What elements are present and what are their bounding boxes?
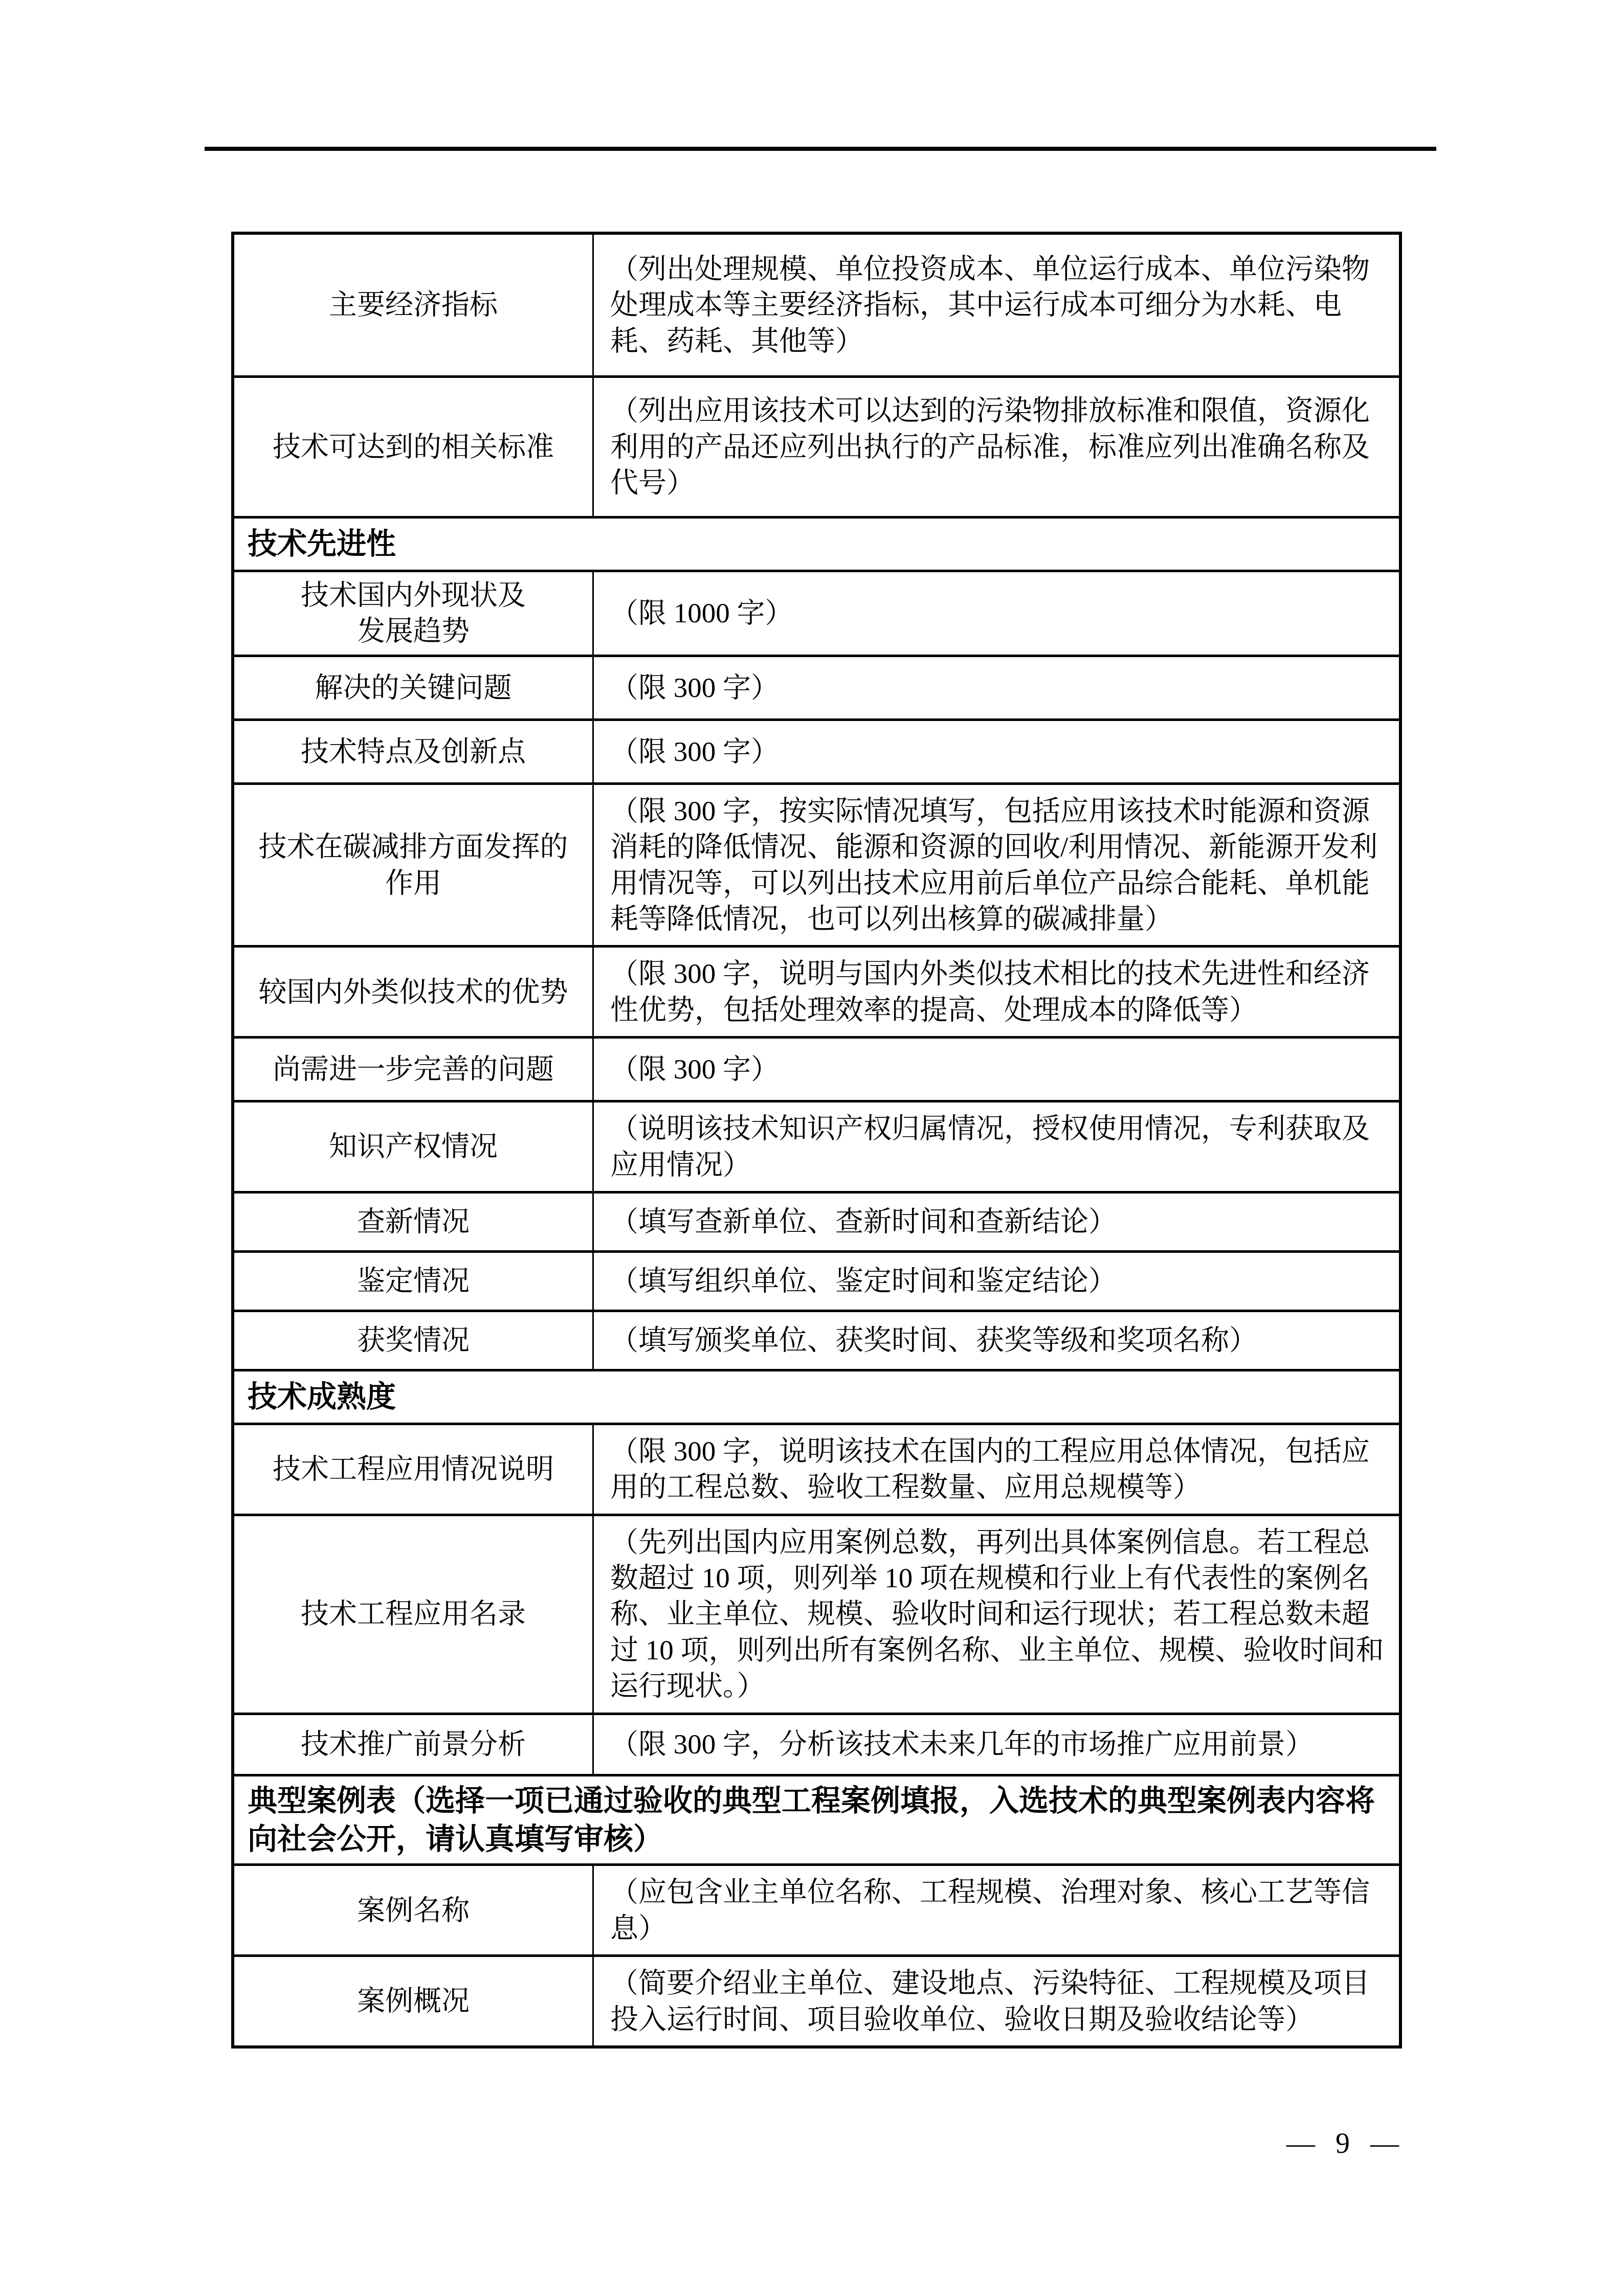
field-label-cell: 解决的关键问题 — [234, 657, 594, 718]
section-header-row: 技术成熟度 — [234, 1369, 1399, 1423]
field-desc-cell: （列出处理规模、单位投资成本、单位运行成本、单位污染物处理成本等主要经济指标，其… — [594, 235, 1399, 375]
technology-form-table: 主要经济指标 （列出处理规模、单位投资成本、单位运行成本、单位污染物处理成本等主… — [231, 232, 1402, 2049]
field-label: 获奖情况 — [357, 1322, 470, 1358]
field-desc-cell: （填写颁奖单位、获奖时间、获奖等级和奖项名称） — [594, 1312, 1399, 1369]
table-row: 鉴定情况 （填写组织单位、鉴定时间和鉴定结论） — [234, 1250, 1399, 1310]
field-desc-cell: （限 300 字） — [594, 657, 1399, 718]
section-header-row: 典型案例表（选择一项已通过验收的典型工程案例填报，入选技术的典型案例表内容将向社… — [234, 1774, 1399, 1864]
section-header-cell: 技术先进性 — [234, 519, 1399, 570]
field-label-cell: 案例概况 — [234, 1957, 594, 2045]
field-label-cell: 知识产权情况 — [234, 1102, 594, 1191]
document-page: 主要经济指标 （列出处理规模、单位投资成本、单位运行成本、单位污染物处理成本等主… — [0, 0, 1624, 2296]
field-label: 解决的关键问题 — [315, 670, 511, 706]
field-label: 尚需进一步完善的问题 — [273, 1051, 554, 1087]
field-desc: （限 300 字，说明该技术在国内的工程应用总体情况，包括应用的工程总数、验收工… — [610, 1433, 1385, 1505]
field-desc: （限 300 字） — [610, 1051, 779, 1087]
field-desc: （先列出国内应用案例总数，再列出具体案例信息。若工程总数超过 10 项，则列举 … — [610, 1524, 1385, 1704]
section-title: 技术先进性 — [248, 525, 396, 563]
field-desc: （列出处理规模、单位投资成本、单位运行成本、单位污染物处理成本等主要经济指标，其… — [610, 251, 1385, 359]
field-desc: （限 300 字） — [610, 734, 779, 770]
field-desc-cell: （填写组织单位、鉴定时间和鉴定结论） — [594, 1253, 1399, 1310]
field-desc-cell: （限 300 字，按实际情况填写，包括应用该技术时能源和资源消耗的降低情况、能源… — [594, 785, 1399, 946]
field-label: 技术工程应用名录 — [301, 1596, 526, 1632]
header-rule — [205, 147, 1436, 151]
field-label: 鉴定情况 — [357, 1263, 470, 1299]
table-row: 技术工程应用情况说明 （限 300 字，说明该技术在国内的工程应用总体情况，包括… — [234, 1423, 1399, 1514]
field-label-cell: 获奖情况 — [234, 1312, 594, 1369]
field-label: 主要经济指标 — [329, 287, 498, 323]
field-desc: （限 300 字） — [610, 670, 779, 706]
field-label-cell: 较国内外类似技术的优势 — [234, 948, 594, 1036]
field-label: 较国内外类似技术的优势 — [258, 974, 568, 1010]
field-desc: （说明该技术知识产权归属情况，授权使用情况，专利获取及应用情况） — [610, 1111, 1385, 1183]
field-desc-cell: （限 300 字，分析该技术未来几年的市场推广应用前景） — [594, 1715, 1399, 1774]
field-label: 技术工程应用情况说明 — [273, 1451, 554, 1487]
field-label-cell: 技术工程应用情况说明 — [234, 1425, 594, 1514]
table-row: 查新情况 （填写查新单位、查新时间和查新结论） — [234, 1191, 1399, 1250]
field-desc: （限 300 字，说明与国内外类似技术相比的技术先进性和经济性优势，包括处理效率… — [610, 956, 1385, 1028]
table-row: 技术在碳减排方面发挥的 作用 （限 300 字，按实际情况填写，包括应用该技术时… — [234, 782, 1399, 946]
field-desc: （限 1000 字） — [610, 595, 793, 631]
field-desc-cell: （限 300 字） — [594, 721, 1399, 782]
field-desc-cell: （限 300 字） — [594, 1039, 1399, 1100]
field-label: 技术在碳减排方面发挥的 — [258, 829, 568, 865]
field-desc-cell: （限 300 字，说明该技术在国内的工程应用总体情况，包括应用的工程总数、验收工… — [594, 1425, 1399, 1514]
section-header-row: 技术先进性 — [234, 516, 1399, 570]
field-label-line2: 作用 — [385, 865, 441, 901]
section-title: 技术成熟度 — [248, 1378, 396, 1416]
field-label: 查新情况 — [357, 1204, 470, 1240]
field-desc-cell: （限 1000 字） — [594, 572, 1399, 655]
table-row: 技术特点及创新点 （限 300 字） — [234, 718, 1399, 782]
table-row: 技术推广前景分析 （限 300 字，分析该技术未来几年的市场推广应用前景） — [234, 1713, 1399, 1774]
field-desc-cell: （应包含业主单位名称、工程规模、治理对象、核心工艺等信息） — [594, 1866, 1399, 1954]
table-row: 主要经济指标 （列出处理规模、单位投资成本、单位运行成本、单位污染物处理成本等主… — [234, 235, 1399, 375]
field-desc: （应包含业主单位名称、工程规模、治理对象、核心工艺等信息） — [610, 1874, 1385, 1946]
section-title: 典型案例表（选择一项已通过验收的典型工程案例填报，入选技术的典型案例表内容将向社… — [248, 1782, 1384, 1859]
field-label-cell: 技术特点及创新点 — [234, 721, 594, 782]
table-row: 技术国内外现状及 发展趋势 （限 1000 字） — [234, 570, 1399, 655]
field-desc: （限 300 字，分析该技术未来几年的市场推广应用前景） — [610, 1726, 1314, 1762]
field-label: 案例名称 — [357, 1893, 470, 1928]
field-desc-cell: （说明该技术知识产权归属情况，授权使用情况，专利获取及应用情况） — [594, 1102, 1399, 1191]
field-desc: （列出应用该技术可以达到的污染物排放标准和限值，资源化利用的产品还应列出执行的产… — [610, 393, 1385, 501]
field-label: 案例概况 — [357, 1983, 470, 2019]
field-label-line2: 发展趋势 — [357, 613, 470, 649]
field-desc-cell: （列出应用该技术可以达到的污染物排放标准和限值，资源化利用的产品还应列出执行的产… — [594, 378, 1399, 516]
section-header-cell: 典型案例表（选择一项已通过验收的典型工程案例填报，入选技术的典型案例表内容将向社… — [234, 1776, 1399, 1864]
page-number: — 9 — — [1248, 2127, 1437, 2160]
field-label: 技术推广前景分析 — [301, 1726, 526, 1762]
field-desc: （填写查新单位、查新时间和查新结论） — [610, 1204, 1117, 1240]
section-header-cell: 技术成熟度 — [234, 1371, 1399, 1423]
table-row: 解决的关键问题 （限 300 字） — [234, 655, 1399, 718]
table-row: 知识产权情况 （说明该技术知识产权归属情况，授权使用情况，专利获取及应用情况） — [234, 1100, 1399, 1191]
field-label-cell: 技术在碳减排方面发挥的 作用 — [234, 785, 594, 946]
field-label-cell: 技术工程应用名录 — [234, 1516, 594, 1713]
table-row: 尚需进一步完善的问题 （限 300 字） — [234, 1036, 1399, 1100]
field-label: 技术国内外现状及 — [301, 577, 526, 613]
field-label-cell: 技术可达到的相关标准 — [234, 378, 594, 516]
field-desc: （填写组织单位、鉴定时间和鉴定结论） — [610, 1263, 1117, 1299]
table-row: 案例概况 （简要介绍业主单位、建设地点、污染特征、工程规模及项目投入运行时间、项… — [234, 1954, 1399, 2045]
table-row: 案例名称 （应包含业主单位名称、工程规模、治理对象、核心工艺等信息） — [234, 1863, 1399, 1954]
field-label-cell: 案例名称 — [234, 1866, 594, 1954]
table-row: 技术工程应用名录 （先列出国内应用案例总数，再列出具体案例信息。若工程总数超过 … — [234, 1514, 1399, 1713]
table-row: 较国内外类似技术的优势 （限 300 字，说明与国内外类似技术相比的技术先进性和… — [234, 945, 1399, 1036]
field-desc-cell: （填写查新单位、查新时间和查新结论） — [594, 1194, 1399, 1250]
field-desc-cell: （先列出国内应用案例总数，再列出具体案例信息。若工程总数超过 10 项，则列举 … — [594, 1516, 1399, 1713]
field-label: 知识产权情况 — [329, 1129, 498, 1164]
field-desc-cell: （简要介绍业主单位、建设地点、污染特征、工程规模及项目投入运行时间、项目验收单位… — [594, 1957, 1399, 2045]
field-label: 技术可达到的相关标准 — [273, 429, 554, 465]
table-row: 获奖情况 （填写颁奖单位、获奖时间、获奖等级和奖项名称） — [234, 1310, 1399, 1369]
field-desc: （简要介绍业主单位、建设地点、污染特征、工程规模及项目投入运行时间、项目验收单位… — [610, 1965, 1385, 2037]
field-label-cell: 技术国内外现状及 发展趋势 — [234, 572, 594, 655]
field-label-cell: 查新情况 — [234, 1194, 594, 1250]
field-desc: （填写颁奖单位、获奖时间、获奖等级和奖项名称） — [610, 1322, 1257, 1358]
field-label: 技术特点及创新点 — [301, 734, 526, 770]
field-label-cell: 技术推广前景分析 — [234, 1715, 594, 1774]
field-label-cell: 鉴定情况 — [234, 1253, 594, 1310]
field-desc-cell: （限 300 字，说明与国内外类似技术相比的技术先进性和经济性优势，包括处理效率… — [594, 948, 1399, 1036]
table-row: 技术可达到的相关标准 （列出应用该技术可以达到的污染物排放标准和限值，资源化利用… — [234, 375, 1399, 516]
field-label-cell: 主要经济指标 — [234, 235, 594, 375]
field-desc: （限 300 字，按实际情况填写，包括应用该技术时能源和资源消耗的降低情况、能源… — [610, 793, 1385, 937]
field-label-cell: 尚需进一步完善的问题 — [234, 1039, 594, 1100]
